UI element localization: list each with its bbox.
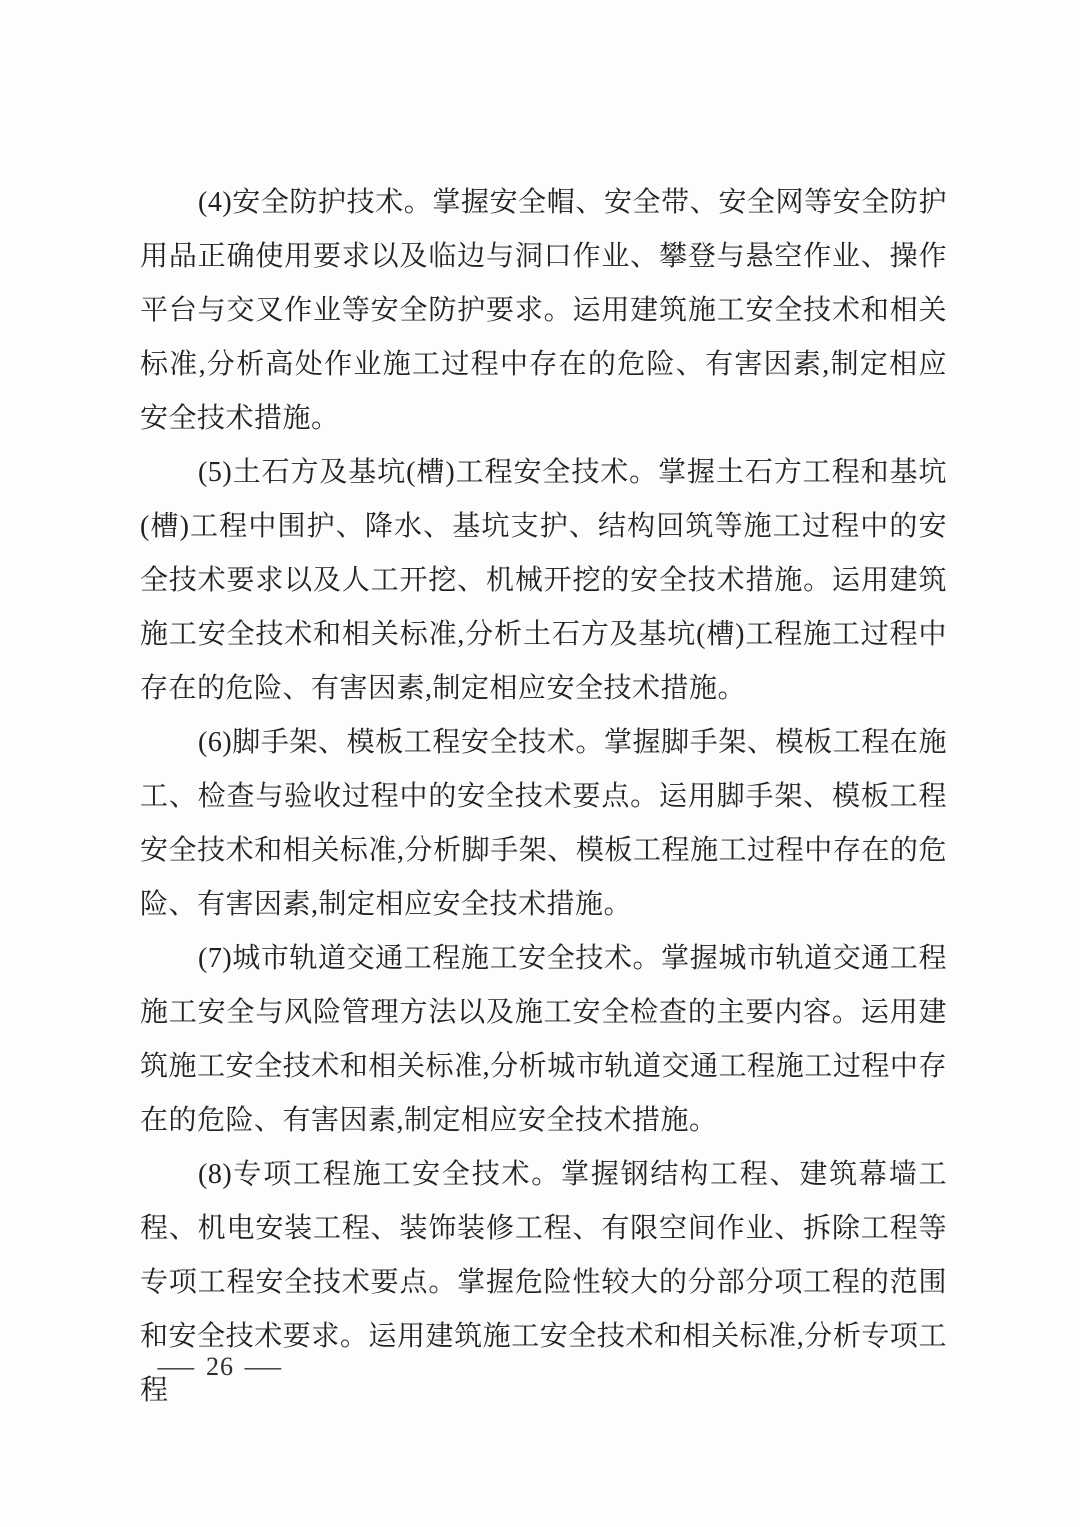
paragraph-item-5: (5)土石方及基坑(槽)工程安全技术。掌握土石方工程和基坑(槽)工程中围护、降水…	[140, 446, 947, 716]
document-body: (4)安全防护技术。掌握安全帽、安全带、安全网等安全防护用品正确使用要求以及临边…	[140, 176, 947, 1418]
document-page: (4)安全防护技术。掌握安全帽、安全带、安全网等安全防护用品正确使用要求以及临边…	[0, 0, 1080, 1527]
footer-right-dash: —	[245, 1352, 283, 1382]
footer-left-dash: —	[158, 1352, 196, 1382]
paragraph-item-7: (7)城市轨道交通工程施工安全技术。掌握城市轨道交通工程施工安全与风险管理方法以…	[140, 932, 947, 1148]
page-footer: — 26 —	[163, 1352, 277, 1382]
paragraph-item-6: (6)脚手架、模板工程安全技术。掌握脚手架、模板工程在施工、检查与验收过程中的安…	[140, 716, 947, 932]
paragraph-item-4: (4)安全防护技术。掌握安全帽、安全带、安全网等安全防护用品正确使用要求以及临边…	[140, 176, 947, 446]
page-number: 26	[206, 1352, 234, 1382]
